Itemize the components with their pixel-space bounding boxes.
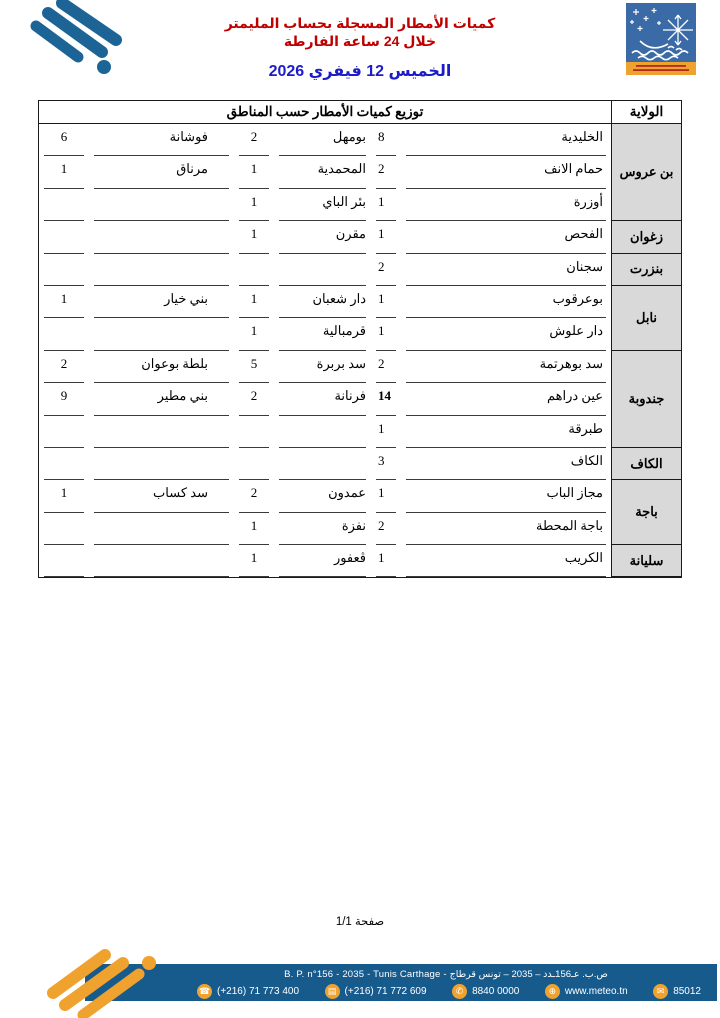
rain-value-cell: 5 [239, 351, 269, 383]
region-name-cell: فوشانة [94, 124, 229, 156]
page-number: صفحة 1/1 [0, 914, 720, 928]
wilaya-cell: جندوبة [611, 351, 681, 448]
inm-slashes-logo [24, 0, 124, 84]
region-name-cell [94, 545, 229, 577]
wilaya-cell: بن عروس [611, 124, 681, 221]
region-name-cell: حمام الانف [406, 156, 606, 188]
rain-value-cell [239, 254, 269, 286]
rain-value-cell [44, 513, 84, 545]
region-name-cell: بني مطير [94, 383, 229, 415]
region-name-cell [94, 221, 229, 253]
region-name-cell [94, 254, 229, 286]
rain-value-cell: 3 [376, 448, 396, 480]
report-title-line1: كميات الأمطار المسجلة بحساب المليمتر [160, 14, 560, 32]
report-title-block: كميات الأمطار المسجلة بحساب المليمتر خلا… [160, 14, 560, 81]
handset-icon: ✆ [452, 984, 467, 999]
rain-value-cell: 14 [376, 383, 396, 415]
wilaya-cell: باجة [611, 480, 681, 545]
rain-value-cell: 2 [376, 156, 396, 188]
region-name-cell: نفزة [279, 513, 366, 545]
region-name-cell: فرنانة [279, 383, 366, 415]
report-date: الخميس 12 فيفري 2026 [160, 61, 560, 81]
region-name-cell: عين دراهم [406, 383, 606, 415]
rain-value-cell [44, 545, 84, 577]
rain-value-cell [239, 448, 269, 480]
globe-icon: ⊕ [545, 984, 560, 999]
contact-text: (+216) 71 772 609 [345, 986, 427, 997]
rain-table: الولاية توزيع كميات الأمطار حسب المناطق … [38, 100, 682, 578]
contact-text: 85012 [673, 986, 701, 997]
region-name-cell: بلطة بوعوان [94, 351, 229, 383]
contact-item: ▤(+216) 71 772 609 [325, 984, 427, 999]
rain-value-cell: 2 [239, 480, 269, 512]
footer-slashes-logo [45, 941, 163, 1018]
region-name-cell: الفحص [406, 221, 606, 253]
wilaya-cell: الكاف [611, 448, 681, 480]
rain-value-cell: 2 [376, 351, 396, 383]
phone-icon: ☎ [197, 984, 212, 999]
region-name-cell: دار شعبان [279, 286, 366, 318]
region-name-cell: المحمدية [279, 156, 366, 188]
region-name-cell: دار علوش [406, 318, 606, 350]
rainfall-report-page: كميات الأمطار المسجلة بحساب المليمتر خلا… [0, 0, 720, 1018]
region-name-cell: مجاز الباب [406, 480, 606, 512]
region-name-cell [279, 254, 366, 286]
region-name-cell: قرمبالية [279, 318, 366, 350]
rain-value-cell [239, 416, 269, 448]
rain-value-cell: 6 [44, 124, 84, 156]
rain-value-cell: 9 [44, 383, 84, 415]
contact-text: 8840 0000 [472, 986, 519, 997]
region-name-cell: مقرن [279, 221, 366, 253]
region-name-cell [94, 513, 229, 545]
rain-value-cell: 2 [376, 254, 396, 286]
contact-item: ✉85012 [653, 984, 701, 999]
rain-value-cell: 1 [239, 513, 269, 545]
wilaya-cell: سليانة [611, 545, 681, 577]
region-name-cell [279, 416, 366, 448]
region-name-cell: باجة المحطة [406, 513, 606, 545]
sms-icon: ✉ [653, 984, 668, 999]
region-name-cell: بني خيار [94, 286, 229, 318]
rain-value-cell: 1 [239, 545, 269, 577]
region-name-cell: سد بوهرتمة [406, 351, 606, 383]
rain-value-cell: 1 [44, 156, 84, 188]
region-name-cell: الكاف [406, 448, 606, 480]
rain-value-cell: 1 [44, 480, 84, 512]
rain-value-cell [44, 189, 84, 221]
rain-value-cell: 8 [376, 124, 396, 156]
rain-value-cell: 1 [376, 416, 396, 448]
region-name-cell: أوزرة [406, 189, 606, 221]
rain-value-cell: 1 [376, 318, 396, 350]
rain-value-cell: 1 [239, 156, 269, 188]
fax-icon: ▤ [325, 984, 340, 999]
rain-value-cell: 2 [376, 513, 396, 545]
rain-value-cell [44, 221, 84, 253]
rain-value-cell [44, 448, 84, 480]
rain-value-cell: 1 [239, 318, 269, 350]
region-name-cell: الكريب [406, 545, 606, 577]
region-name-cell: ڤعفور [279, 545, 366, 577]
rain-value-cell: 1 [376, 286, 396, 318]
inm-emblem-logo [626, 3, 696, 75]
region-name-cell: طبرقة [406, 416, 606, 448]
emblem-caption-band [626, 62, 696, 75]
rain-value-cell: 1 [239, 221, 269, 253]
rain-value-cell: 1 [376, 221, 396, 253]
region-name-cell: سد بربرة [279, 351, 366, 383]
region-name-cell: بوعرقوب [406, 286, 606, 318]
region-name-cell [94, 416, 229, 448]
rain-value-cell [44, 318, 84, 350]
region-name-cell: مرناق [94, 156, 229, 188]
region-name-cell [94, 448, 229, 480]
region-name-cell: بئر الباي [279, 189, 366, 221]
region-name-cell: سجنان [406, 254, 606, 286]
region-name-cell: بومهل [279, 124, 366, 156]
footer-address: B. P. n°156 - 2035 - Tunis Carthage - ص.… [85, 964, 717, 980]
rain-value-cell: 1 [376, 480, 396, 512]
wilaya-cell: زغوان [611, 221, 681, 253]
wilaya-column-header: الولاية [611, 101, 681, 124]
contact-item: ✆8840 0000 [452, 984, 519, 999]
wilaya-cell: بنزرت [611, 254, 681, 286]
rain-value-cell: 1 [239, 286, 269, 318]
wilaya-cell: نابل [611, 286, 681, 351]
rain-value-cell: 1 [376, 545, 396, 577]
footer-contacts: ☎(+216) 71 773 400▤(+216) 71 772 609✆884… [197, 984, 701, 999]
contact-text: www.meteo.tn [565, 986, 628, 997]
region-name-cell [94, 318, 229, 350]
rain-value-cell: 2 [239, 124, 269, 156]
region-name-cell: سد كساب [94, 480, 229, 512]
distribution-header: توزيع كميات الأمطار حسب المناطق [39, 101, 611, 124]
footer-bar: B. P. n°156 - 2035 - Tunis Carthage - ص.… [85, 964, 717, 1001]
rain-value-cell: 1 [239, 189, 269, 221]
region-name-cell: عمدون [279, 480, 366, 512]
rain-value-cell: 1 [376, 189, 396, 221]
report-title-line2: خلال 24 ساعة الفارطة [160, 32, 560, 50]
region-name-cell: الخليدية [406, 124, 606, 156]
region-name-cell [279, 448, 366, 480]
region-name-cell [94, 189, 229, 221]
rain-value-cell: 1 [44, 286, 84, 318]
rain-value-cell [44, 416, 84, 448]
contact-item: ☎(+216) 71 773 400 [197, 984, 299, 999]
rain-value-cell: 2 [239, 383, 269, 415]
contact-item: ⊕www.meteo.tn [545, 984, 628, 999]
rain-value-cell: 2 [44, 351, 84, 383]
rain-value-cell [44, 254, 84, 286]
contact-text: (+216) 71 773 400 [217, 986, 299, 997]
